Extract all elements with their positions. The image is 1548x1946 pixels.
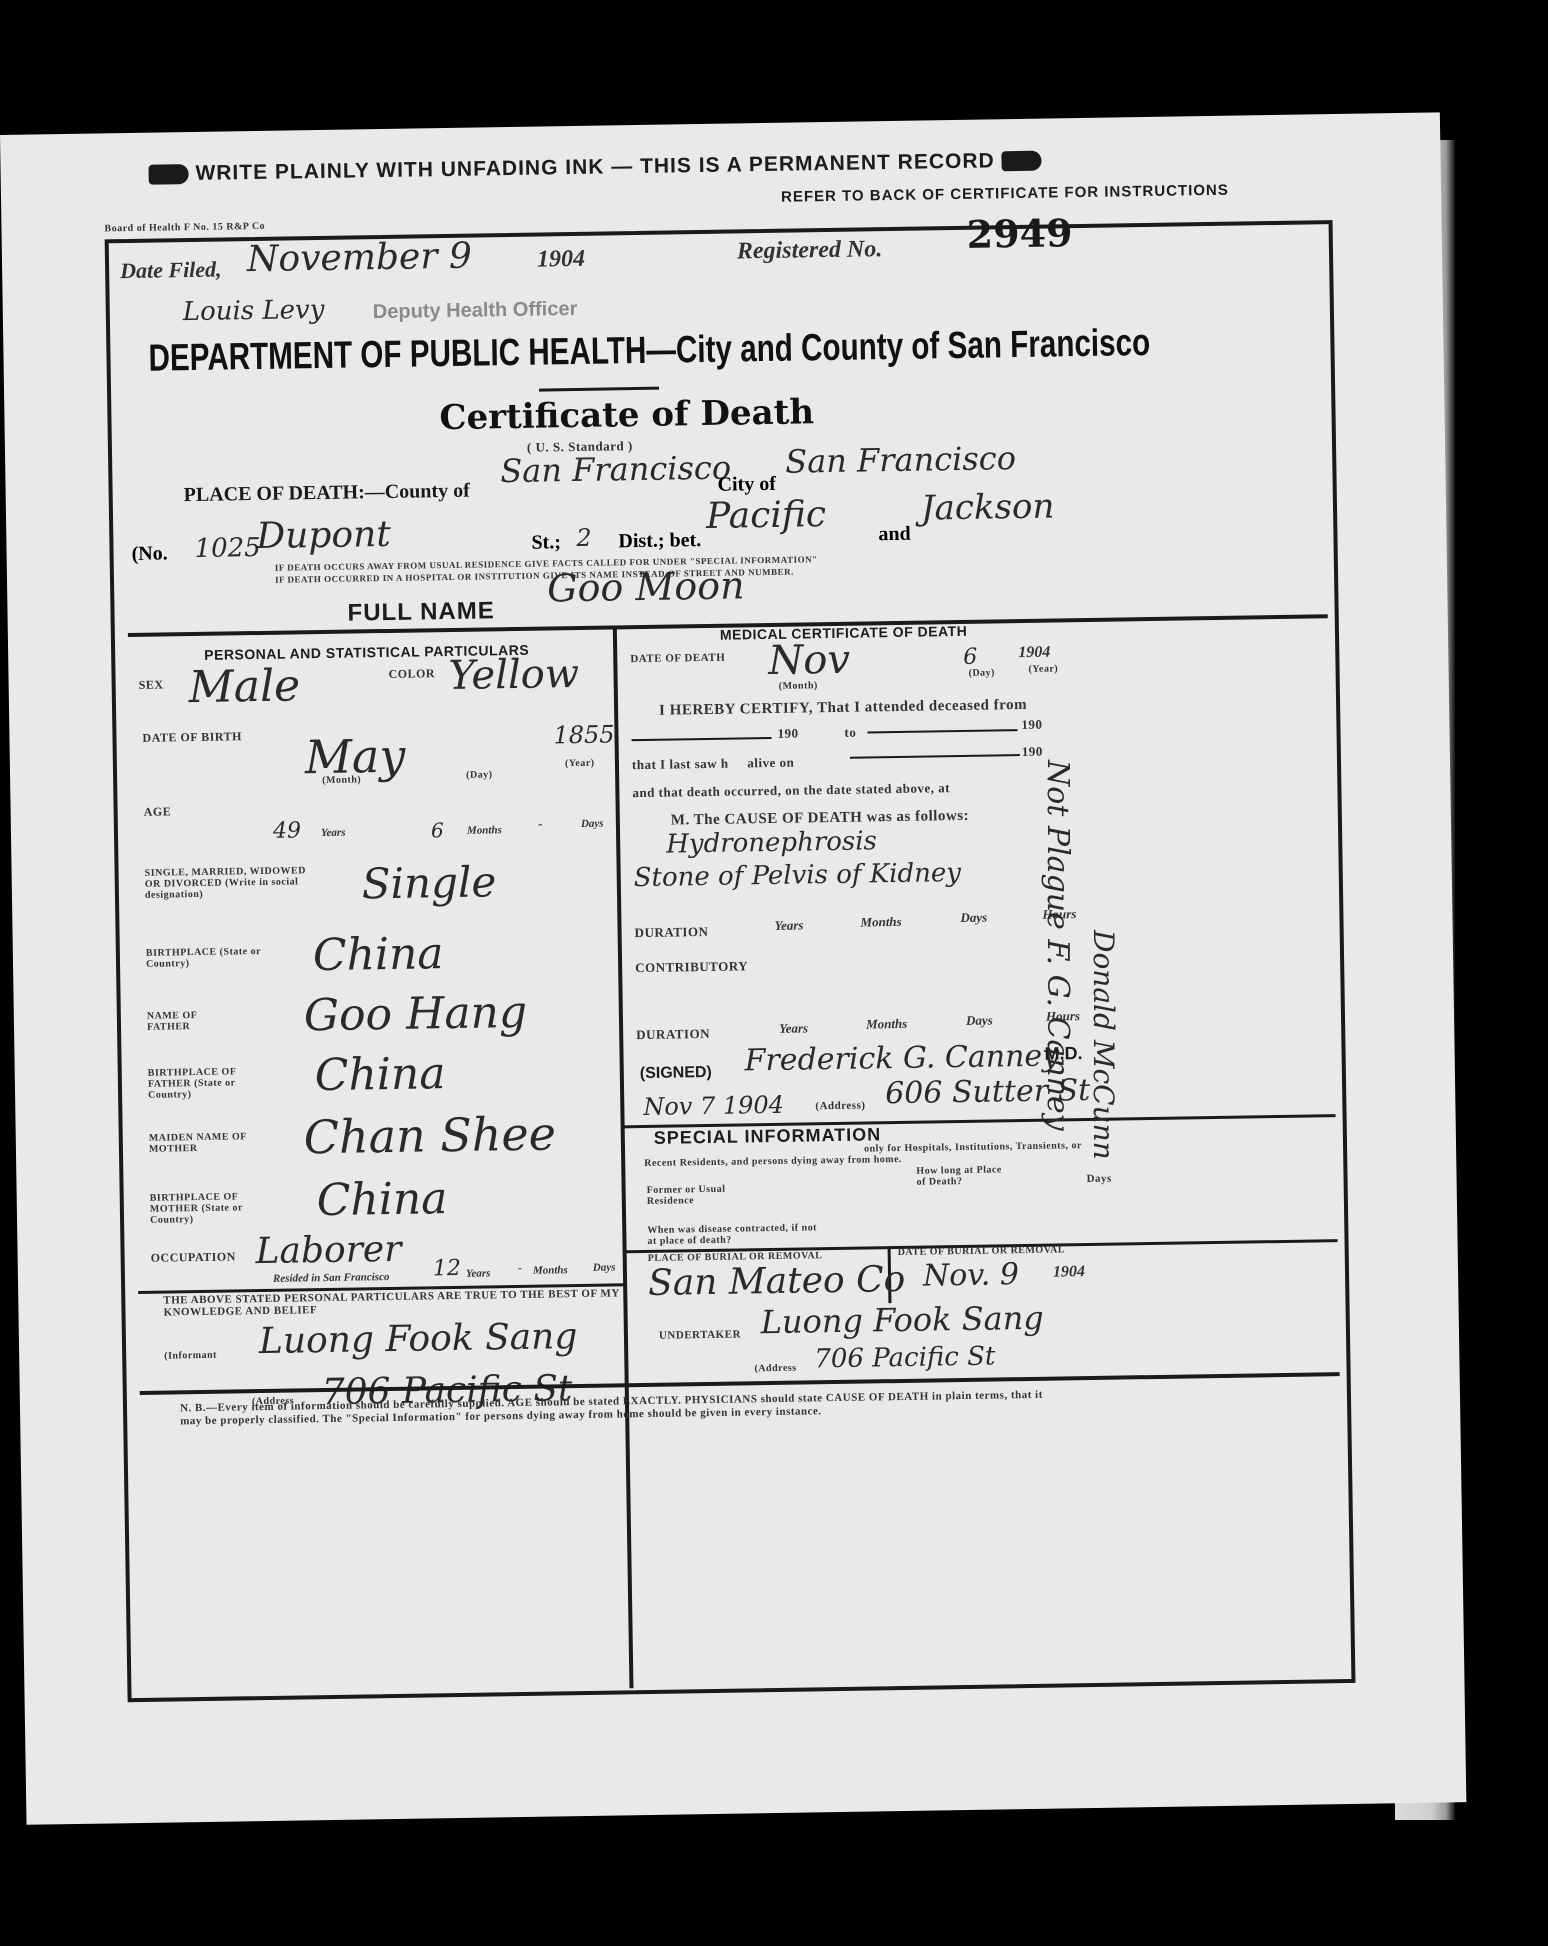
duration-days: Days bbox=[960, 910, 987, 926]
dob-month-caption: (Month) bbox=[322, 774, 361, 786]
father-birthplace-label: BIRTHPLACE OF FATHER (State or Country) bbox=[148, 1066, 269, 1101]
last-saw-year: 190 bbox=[1022, 744, 1043, 760]
dod-month-caption: (Month) bbox=[779, 680, 818, 692]
between-street-2: Jackson bbox=[921, 486, 1055, 528]
dob-day-caption: (Day) bbox=[466, 769, 493, 780]
street-value: Dupont bbox=[256, 514, 391, 557]
father-birthplace-value: China bbox=[314, 1048, 445, 1101]
duration2-months: Months bbox=[866, 1016, 907, 1033]
burial-date-value: Nov. 9 bbox=[923, 1257, 1019, 1294]
duration-years: Years bbox=[774, 917, 803, 933]
city-label: City of bbox=[717, 473, 776, 497]
to-label: to bbox=[844, 725, 856, 741]
how-long-label: How long at Place of Death? bbox=[916, 1164, 1006, 1187]
occupation-label: OCCUPATION bbox=[151, 1249, 236, 1265]
dod-year: 1904 bbox=[1018, 644, 1050, 663]
from-year: 190 bbox=[777, 726, 798, 742]
mother-birthplace-label: BIRTHPLACE OF MOTHER (State or Country) bbox=[150, 1191, 281, 1226]
form-id: Board of Health F No. 15 R&P Co bbox=[104, 221, 265, 235]
mother-birthplace-value: China bbox=[316, 1173, 447, 1226]
resided-months: - bbox=[518, 1261, 522, 1275]
birthplace-value: China bbox=[313, 928, 444, 981]
marital-value: Single bbox=[361, 857, 496, 908]
dod-month: Nov bbox=[768, 637, 850, 684]
address-number: 1025 bbox=[194, 533, 261, 564]
duration2-label: DURATION bbox=[636, 1026, 710, 1043]
age-days-caption: Days bbox=[581, 818, 604, 830]
age-days: - bbox=[538, 817, 543, 833]
age-label: AGE bbox=[144, 804, 172, 819]
color-value: Yellow bbox=[448, 651, 579, 699]
margin-note-2: Donald McCunn bbox=[1087, 930, 1120, 1160]
warning-text: WRITE PLAINLY WITH UNFADING INK — THIS I… bbox=[195, 149, 995, 185]
to-year: 190 bbox=[1021, 717, 1042, 733]
officer-title: Deputy Health Officer bbox=[373, 298, 578, 324]
death-certificate-page: WRITE PLAINLY WITH UNFADING INK — THIS I… bbox=[0, 112, 1466, 1824]
signed-label: (SIGNED) bbox=[640, 1064, 712, 1083]
cause-secondary: Stone of Pelvis of Kidney bbox=[634, 858, 962, 893]
contracted-label: When was disease contracted, if not at p… bbox=[647, 1222, 817, 1247]
undertaker-value: Luong Fook Sang bbox=[760, 1299, 1044, 1341]
and-label: and bbox=[878, 523, 911, 547]
father-name-label: NAME OF FATHER bbox=[147, 1009, 237, 1032]
dod-day-caption: (Day) bbox=[968, 667, 995, 678]
city-value: San Francisco bbox=[785, 439, 1016, 481]
full-name-value: Goo Moon bbox=[547, 563, 745, 610]
resided-years: 12 bbox=[433, 1256, 461, 1281]
full-name-label: FULL NAME bbox=[347, 597, 495, 627]
former-residence-label: Former or Usual Residence bbox=[647, 1184, 737, 1207]
district-value: 2 bbox=[576, 524, 592, 552]
occupation-value: Laborer bbox=[255, 1229, 401, 1272]
dob-year: 1855 bbox=[553, 720, 615, 749]
duration-label: DURATION bbox=[634, 924, 708, 941]
signed-date: Nov 7 1904 bbox=[643, 1091, 784, 1121]
mother-name-label: MAIDEN NAME OF MOTHER bbox=[149, 1131, 269, 1155]
duration-months: Months bbox=[860, 914, 901, 931]
margin-note-1: Not Plague F. G. Canney bbox=[1040, 760, 1075, 1131]
certificate-title: Certificate of Death bbox=[439, 392, 814, 438]
duration2-days: Days bbox=[966, 1013, 993, 1029]
date-filed-label: Date Filed, bbox=[120, 257, 222, 285]
age-months-caption: Months bbox=[467, 824, 502, 837]
mother-name-value: Chan Shee bbox=[303, 1106, 556, 1164]
cause-primary: Hydronephrosis bbox=[666, 826, 877, 859]
physician-address-label: (Address) bbox=[815, 1100, 865, 1113]
how-long-days: Days bbox=[1086, 1173, 1111, 1185]
undertaker-label: UNDERTAKER bbox=[659, 1329, 741, 1342]
pointing-hand-icon bbox=[148, 164, 188, 185]
color-label: COLOR bbox=[388, 666, 435, 682]
undertaker-address-value: 706 Pacific St bbox=[814, 1342, 995, 1375]
marital-label: SINGLE, MARRIED, WIDOWED OR DIVORCED (Wr… bbox=[145, 865, 315, 901]
dob-label: DATE OF BIRTH bbox=[142, 729, 242, 746]
birthplace-label: BIRTHPLACE (State or Country) bbox=[146, 946, 266, 970]
undertaker-address-label: (Address bbox=[754, 1363, 796, 1375]
dob-year-caption: (Year) bbox=[565, 758, 595, 769]
resided-months-caption: Months bbox=[533, 1264, 568, 1277]
street-label: St.; bbox=[531, 531, 561, 554]
age-years-caption: Years bbox=[321, 827, 346, 839]
resided-label: Resided in San Francisco bbox=[273, 1271, 390, 1285]
dod-year-caption: (Year) bbox=[1028, 663, 1058, 674]
last-saw-text: that I last saw h alive on bbox=[632, 755, 795, 774]
pointing-hand-icon bbox=[1001, 151, 1041, 172]
physician-signature: Frederick G. Canney bbox=[744, 1038, 1059, 1078]
warning-header: WRITE PLAINLY WITH UNFADING INK — THIS I… bbox=[148, 149, 1041, 187]
informant-label: (Informant bbox=[164, 1350, 217, 1362]
refer-instructions: REFER TO BACK OF CERTIFICATE FOR INSTRUC… bbox=[781, 182, 1229, 206]
dod-label: DATE OF DEATH bbox=[630, 652, 725, 665]
resided-years-caption: Years bbox=[466, 1267, 491, 1279]
burial-place-value: San Mateo Co bbox=[648, 1259, 906, 1304]
dod-day: 6 bbox=[963, 645, 977, 670]
registered-label: Registered No. bbox=[737, 236, 883, 265]
age-years: 49 bbox=[273, 818, 301, 843]
age-months: 6 bbox=[431, 818, 444, 842]
officer-signature: Louis Levy bbox=[183, 295, 325, 327]
burial-year: 1904 bbox=[1053, 1263, 1085, 1282]
county-value: San Francisco bbox=[500, 449, 731, 491]
place-of-death-label: PLACE OF DEATH:—County of bbox=[184, 480, 470, 507]
father-name-value: Goo Hang bbox=[303, 987, 527, 1042]
duration2-years: Years bbox=[779, 1020, 808, 1036]
informant-value: Luong Fook Sang bbox=[259, 1316, 578, 1362]
between-street-1: Pacific bbox=[706, 494, 827, 537]
date-filed-year: 1904 bbox=[537, 246, 585, 274]
address-number-label: (No. bbox=[131, 542, 167, 566]
resided-days-caption: Days bbox=[593, 1261, 616, 1273]
contributory-label: CONTRIBUTORY bbox=[635, 958, 748, 976]
registered-number: 2949 bbox=[966, 210, 1072, 257]
date-filed-value: November 9 bbox=[247, 236, 472, 281]
sex-label: SEX bbox=[139, 678, 164, 693]
sex-value: Male bbox=[188, 660, 300, 713]
district-label: Dist.; bet. bbox=[618, 529, 701, 553]
